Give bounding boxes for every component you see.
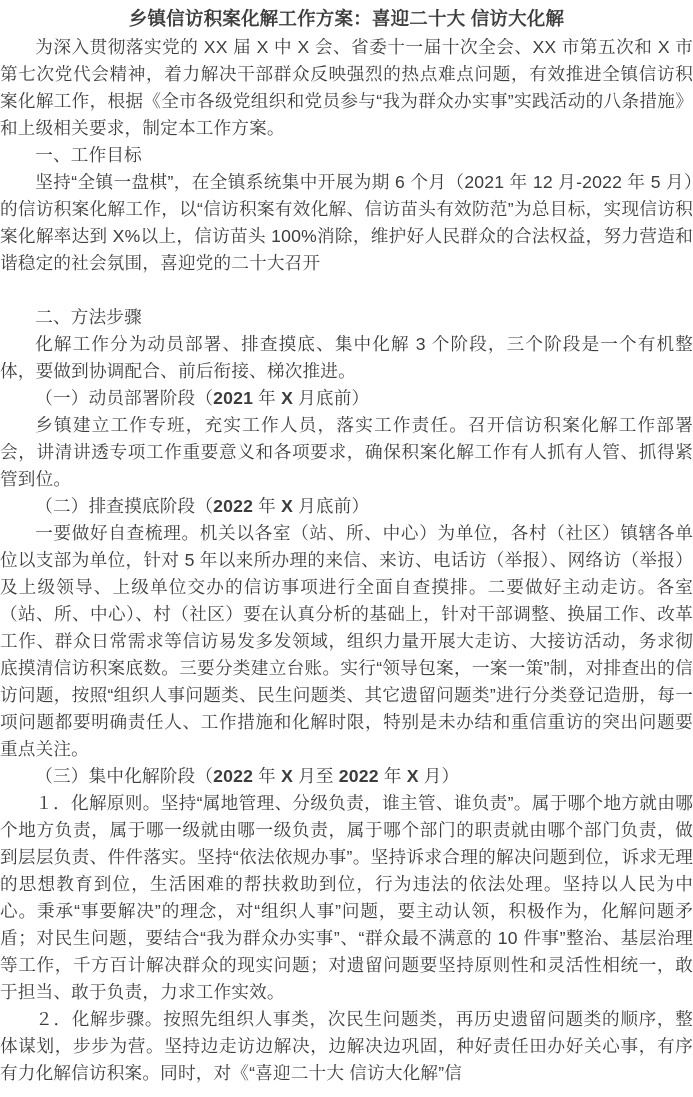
paragraph-body: １．化解原则。坚持“属地管理、分级负责，谁主管、谁负责”。属于哪个地方就由哪个地… [0, 790, 693, 1006]
document-body: 为深入贯彻落实党的 XX 届 X 中 X 会、省委十一届十次全会、XX 市第五次… [0, 34, 693, 1087]
paragraph-heading: 一、工作目标 [0, 142, 693, 169]
paragraph-subheading: （二）排查摸底阶段（2022 年 X 月底前） [0, 493, 693, 520]
paragraph-body: 乡镇建立工作专班，充实工作人员，落实工作责任。召开信访积案化解工作部署会，讲清讲… [0, 412, 693, 493]
paragraph-subheading: （一）动员部署阶段（2021 年 X 月底前） [0, 385, 693, 412]
paragraph-body: ２．化解步骤。按照先组织人事类，次民生问题类，再历史遗留问题类的顺序，整体谋划，… [0, 1006, 693, 1087]
document-title: 乡镇信访积案化解工作方案：喜迎二十大 信访大化解 [0, 0, 693, 34]
paragraph-body: 化解工作分为动员部署、排查摸底、集中化解 3 个阶段，三个阶段是一个有机整体，要… [0, 331, 693, 385]
document-page: 乡镇信访积案化解工作方案：喜迎二十大 信访大化解 为深入贯彻落实党的 XX 届 … [0, 0, 693, 1097]
paragraph-subheading: （三）集中化解阶段（2022 年 X 月至 2022 年 X 月） [0, 763, 693, 790]
blank-line [0, 277, 693, 304]
paragraph-body: 坚持“全镇一盘棋”，在全镇系统集中开展为期 6 个月（2021 年 12 月-2… [0, 169, 693, 277]
paragraph-heading: 二、方法步骤 [0, 304, 693, 331]
paragraph-body: 一要做好自查梳理。机关以各室（站、所、中心）为单位，各村（社区）镇辖各单位以支部… [0, 520, 693, 763]
paragraph-body: 为深入贯彻落实党的 XX 届 X 中 X 会、省委十一届十次全会、XX 市第五次… [0, 34, 693, 142]
